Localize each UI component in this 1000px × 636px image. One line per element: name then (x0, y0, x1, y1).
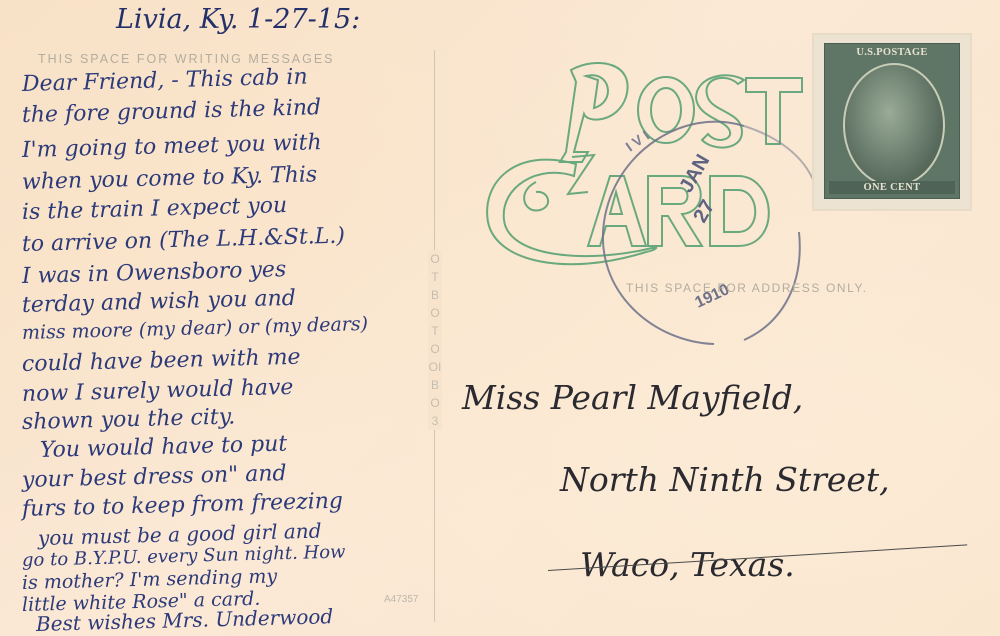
vertical-print-code: OTBOTOOIBO3 (428, 250, 442, 430)
message-line: your best dress on" and (22, 461, 287, 493)
message-line: I was in Owensboro yes (22, 257, 287, 289)
message-line: I'm going to meet you with (22, 130, 322, 163)
message-line: is the train I expect you (22, 193, 288, 225)
postmark-day: 27 (689, 196, 719, 226)
recipient-name: Miss Pearl Mayfield, (462, 378, 803, 417)
message-line: now I surely would have (22, 375, 294, 407)
message-line: Dear Friend, - This cab in (22, 65, 308, 97)
postage-stamp: U.S.POSTAGE ONE CENT (814, 35, 970, 209)
stamp-denomination: ONE CENT (829, 181, 955, 194)
recipient-street: North Ninth Street, (560, 460, 890, 499)
message-line: could have been with me (22, 345, 301, 377)
stamp-top-text: U.S.POSTAGE (829, 47, 955, 58)
franklin-portrait-icon (843, 63, 945, 187)
stamp-design: U.S.POSTAGE ONE CENT (824, 43, 960, 199)
message-line: to arrive on (The L.H.&St.L.) (22, 224, 346, 257)
postmark-cancellation: JAN 27 1910 I V I (594, 112, 824, 347)
message-line: when you come to Ky. This (22, 162, 318, 195)
message-line: You would have to put (40, 432, 288, 463)
message-line: miss moore (my dear) or (my dears) (22, 313, 369, 344)
recipient-city: Waco, Texas. (580, 545, 795, 584)
address-area-label: THIS SPACE FOR ADDRESS ONLY. (626, 281, 868, 295)
message-line: furs to to keep from freezing (22, 489, 344, 522)
message-line: terday and wish you and (22, 286, 296, 318)
postmark-month: JAN (675, 151, 714, 197)
message-line: shown you the city. (22, 404, 236, 435)
message-area-label: THIS SPACE FOR WRITING MESSAGES (38, 52, 335, 66)
catalog-number: A47357 (384, 594, 418, 605)
message-line: the fore ground is the kind (22, 95, 322, 128)
postcard-back: THIS SPACE FOR WRITING MESSAGES OTBOTOOI… (0, 0, 1000, 636)
postmark-town: I V I (623, 127, 653, 154)
message-dateline: Livia, Ky. 1-27-15: (116, 4, 360, 35)
